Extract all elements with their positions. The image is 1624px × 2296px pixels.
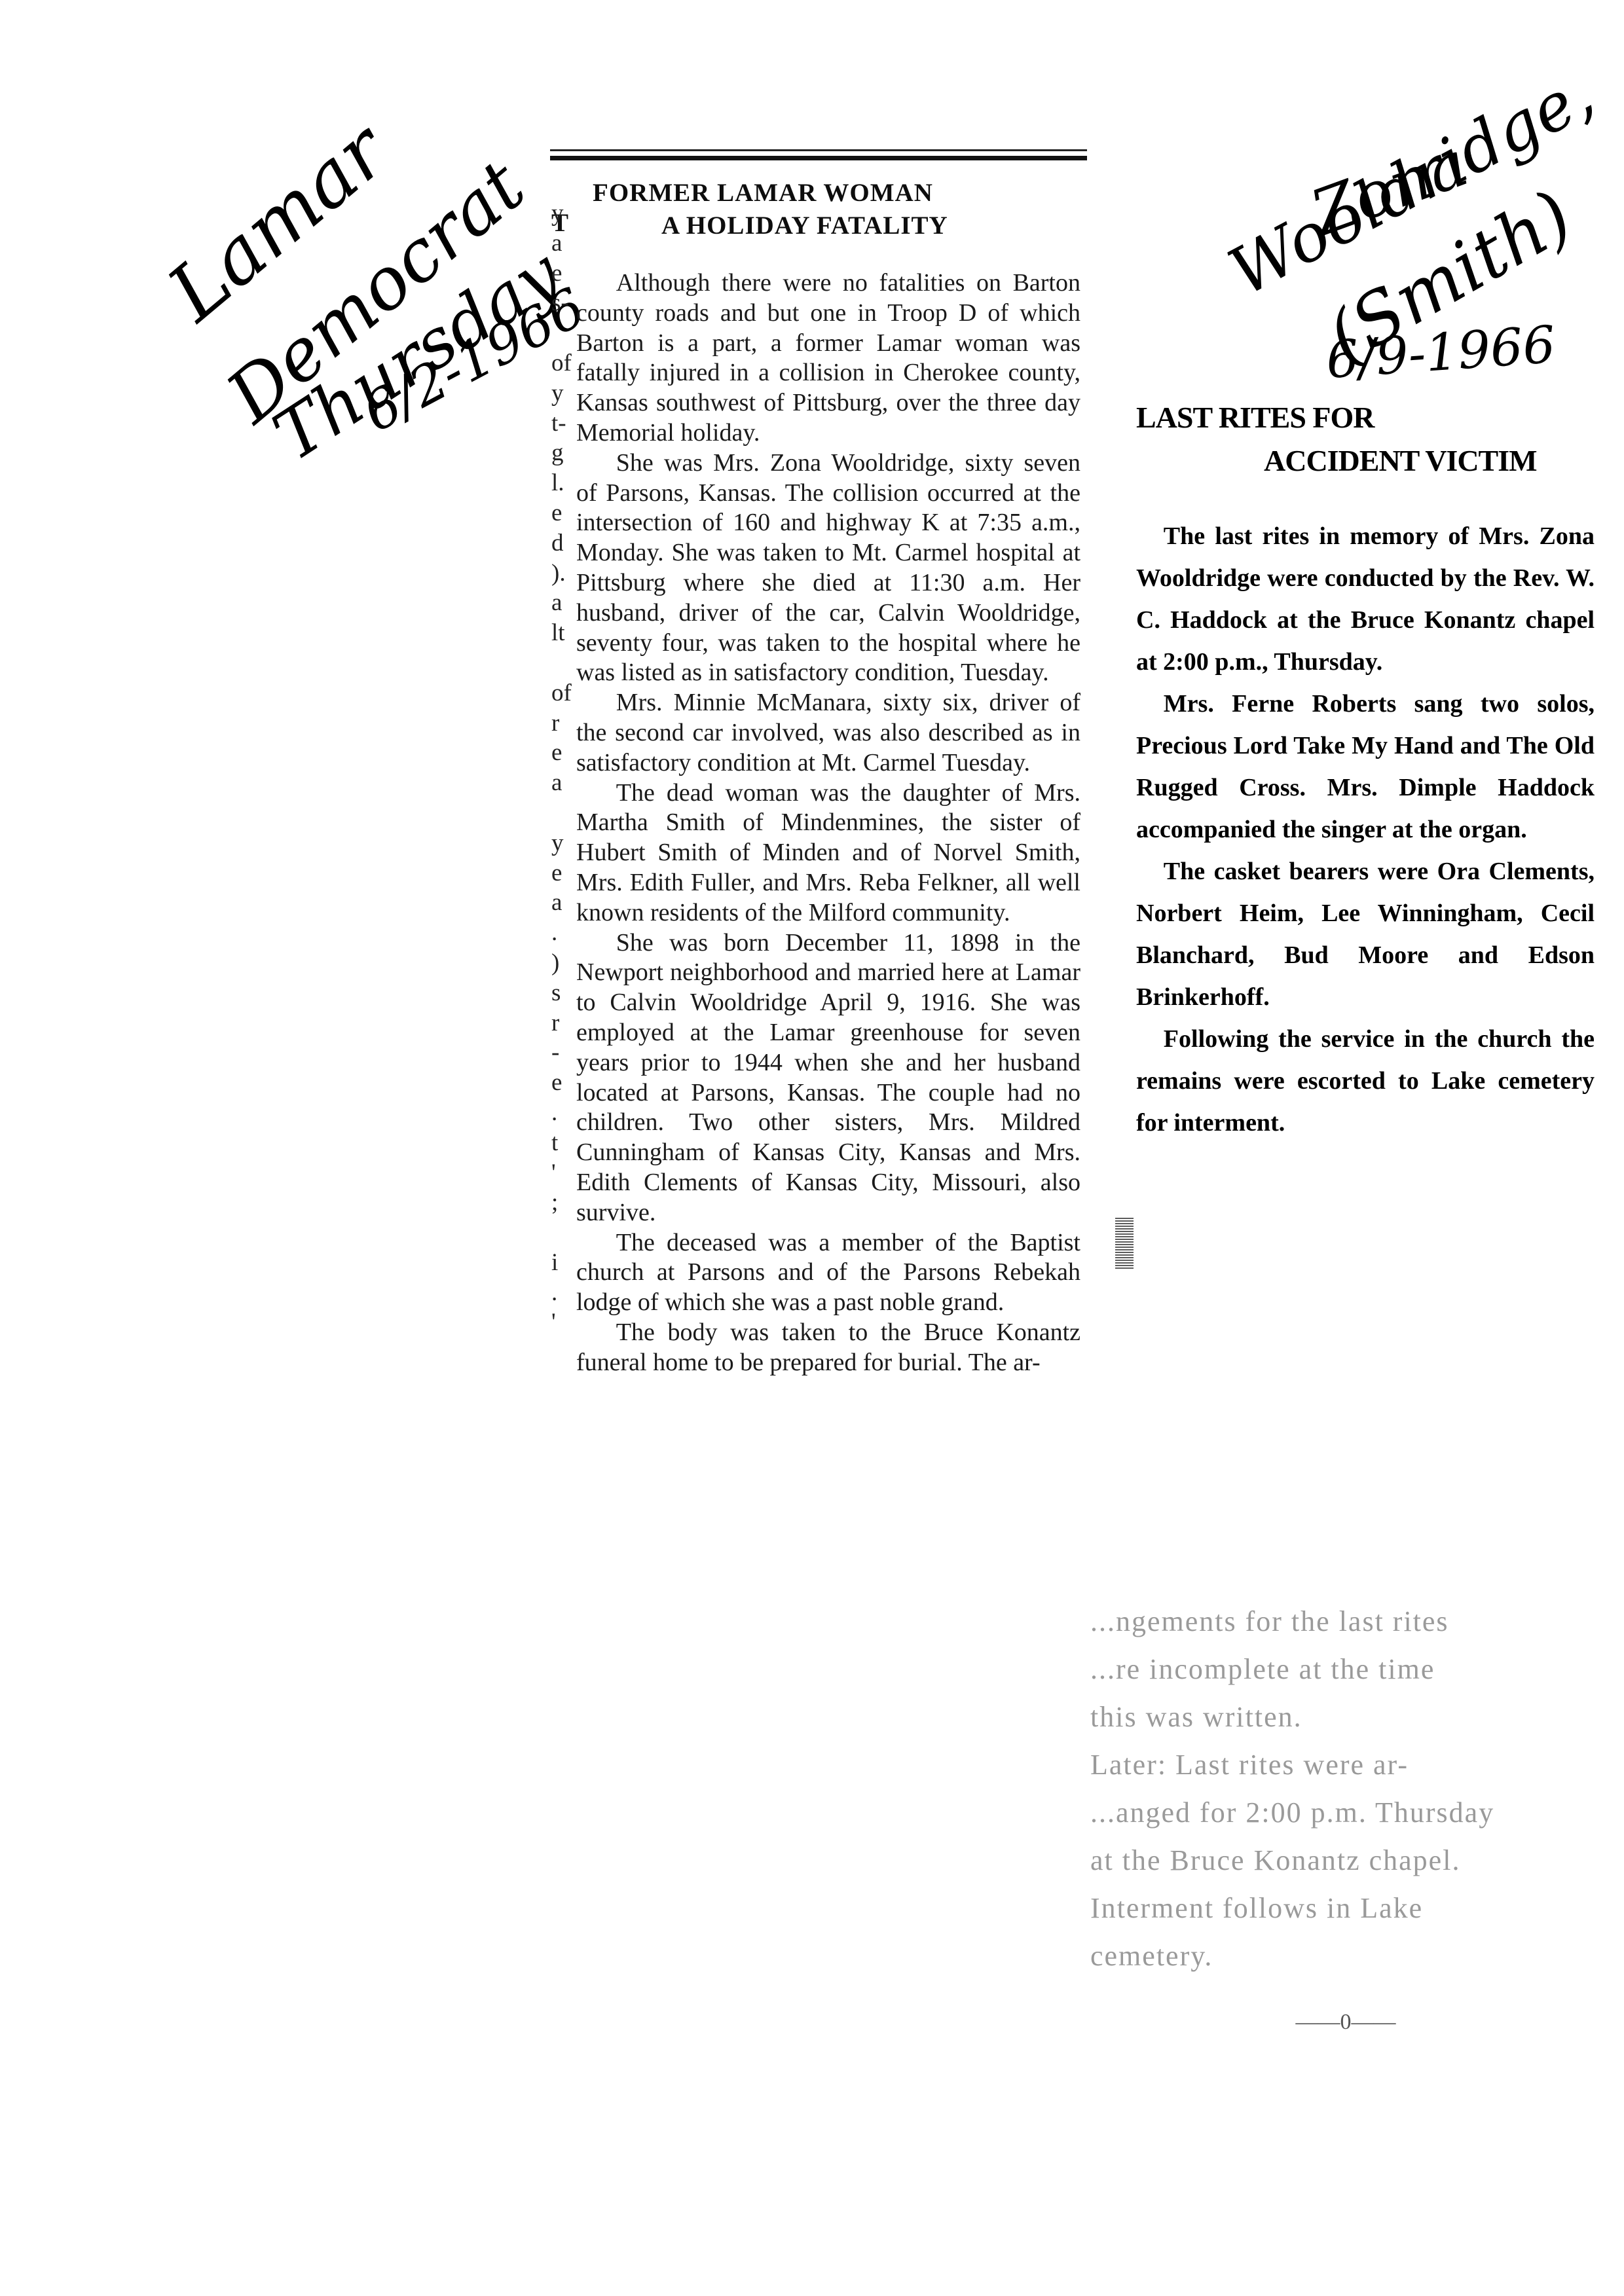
column-rule-thin xyxy=(550,149,1087,151)
fragment-letter: - xyxy=(551,1038,578,1068)
fragment-letter: t xyxy=(551,1128,578,1158)
fragment-letter: g xyxy=(551,438,578,468)
fragment-letter: of xyxy=(551,678,578,708)
article-paragraph: She was born December 11, 1898 in the Ne… xyxy=(576,928,1080,1228)
article-paragraph: Mrs. Ferne Roberts sang two solos, Preci… xyxy=(1136,683,1595,850)
article-paragraph: Following the service in the church the … xyxy=(1136,1018,1595,1144)
fragment-letter: ; xyxy=(551,1188,578,1218)
faded-line: cemetery. xyxy=(1090,1932,1588,1980)
fragment-letter: ' xyxy=(551,1158,578,1188)
fragment-letter: y xyxy=(551,198,578,228)
fragment-letter: e xyxy=(551,1068,578,1098)
faded-article-snippet: ...ngements for the last rites...re inco… xyxy=(1090,1597,1588,1980)
article-paragraph: The dead woman was the daughter of Mrs. … xyxy=(576,778,1080,928)
article-paragraph: The last rites in memory of Mrs. Zona Wo… xyxy=(1136,515,1595,683)
fragment-letter: t- xyxy=(551,409,578,439)
fragment-letter: a xyxy=(551,888,578,918)
article-headline-line-1: Former Lamar Woman xyxy=(576,177,1080,210)
article-headline-line-2: Accident Victim xyxy=(1136,439,1595,483)
fragment-letter: s- xyxy=(551,288,578,318)
fragment-letter: r xyxy=(551,1008,578,1038)
article-paragraph: Mrs. Minnie McManara, sixty six, driver … xyxy=(576,688,1080,778)
faded-line: at the Bruce Konantz chapel. xyxy=(1090,1836,1588,1884)
article-paragraph: The casket bearers were Ora Clements, No… xyxy=(1136,850,1595,1018)
fragment-letter xyxy=(551,318,578,348)
fragment-letter: ' xyxy=(551,1307,578,1338)
faded-line: ...re incomplete at the time xyxy=(1090,1645,1588,1693)
scanned-clipping-page: Lamar Democrat Thursday 6/2-1966 Wooldri… xyxy=(0,0,1624,2296)
fragment-letter: r xyxy=(551,708,578,738)
faded-line: Later: Last rites were ar- xyxy=(1090,1741,1588,1789)
neighbor-column-fragments: yaes-ofyt-gl.ed).altofreayea.)sr-e.t';i.… xyxy=(551,198,578,1338)
article-paragraph: The body was taken to the Bruce Konantz … xyxy=(576,1318,1080,1378)
fragment-letter: ) xyxy=(551,948,578,978)
fragment-letter: e xyxy=(551,498,578,528)
article-paragraph: She was Mrs. Zona Wooldridge, sixty seve… xyxy=(576,448,1080,688)
article-paragraph: Although there were no fatalities on Bar… xyxy=(576,268,1080,448)
fragment-letter: e xyxy=(551,738,578,768)
fragment-letter: l. xyxy=(551,468,578,498)
fragment-letter: . xyxy=(551,1098,578,1128)
faded-line: Interment follows in Lake xyxy=(1090,1884,1588,1932)
article-body: The last rites in memory of Mrs. Zona Wo… xyxy=(1136,515,1595,1144)
article-headline-line-2: A Holiday Fatality xyxy=(576,210,1080,242)
scan-smudge xyxy=(1115,1216,1134,1269)
fragment-letter: ). xyxy=(551,558,578,589)
handwritten-subject-note: Wooldridge, Zona (Smith) 6/9-1966 xyxy=(1185,20,1617,386)
fragment-letter: e xyxy=(551,259,578,289)
fragment-letter: a xyxy=(551,768,578,798)
fragment-letter: . xyxy=(551,918,578,948)
fragment-letter: a xyxy=(551,588,578,618)
fragment-letter: a xyxy=(551,228,578,259)
article-body: Although there were no fatalities on Bar… xyxy=(576,268,1080,1377)
end-ornament: ——0—— xyxy=(1274,2010,1418,2035)
fragment-letter xyxy=(551,648,578,678)
article-paragraph: The deceased was a member of the Baptist… xyxy=(576,1228,1080,1318)
fragment-letter: s xyxy=(551,978,578,1008)
fragment-letter: y xyxy=(551,378,578,409)
fragment-letter: of xyxy=(551,348,578,378)
fragment-letter: i xyxy=(551,1248,578,1278)
faded-line: ...anged for 2:00 p.m. Thursday xyxy=(1090,1789,1588,1836)
fragment-letter xyxy=(551,798,578,828)
fragment-letter: . xyxy=(551,1278,578,1308)
fragment-letter: y xyxy=(551,828,578,858)
faded-line: this was written. xyxy=(1090,1693,1588,1741)
fragment-letter: e xyxy=(551,858,578,888)
fragment-letter: lt xyxy=(551,618,578,648)
handwritten-source-note: Lamar Democrat Thursday 6/2-1966 xyxy=(151,111,517,386)
fragment-letter xyxy=(551,1218,578,1248)
handwritten-date-right: 6/9-1966 xyxy=(1325,319,1557,386)
article-holiday-fatality: Former Lamar Woman A Holiday Fatality Al… xyxy=(576,177,1080,1377)
fragment-letter: d xyxy=(551,528,578,558)
article-last-rites: Last Rites For Accident Victim The last … xyxy=(1136,396,1595,1144)
column-rule-thick xyxy=(550,156,1087,160)
article-headline-line-1: Last Rites For xyxy=(1136,396,1595,439)
faded-line: ...ngements for the last rites xyxy=(1090,1597,1588,1645)
